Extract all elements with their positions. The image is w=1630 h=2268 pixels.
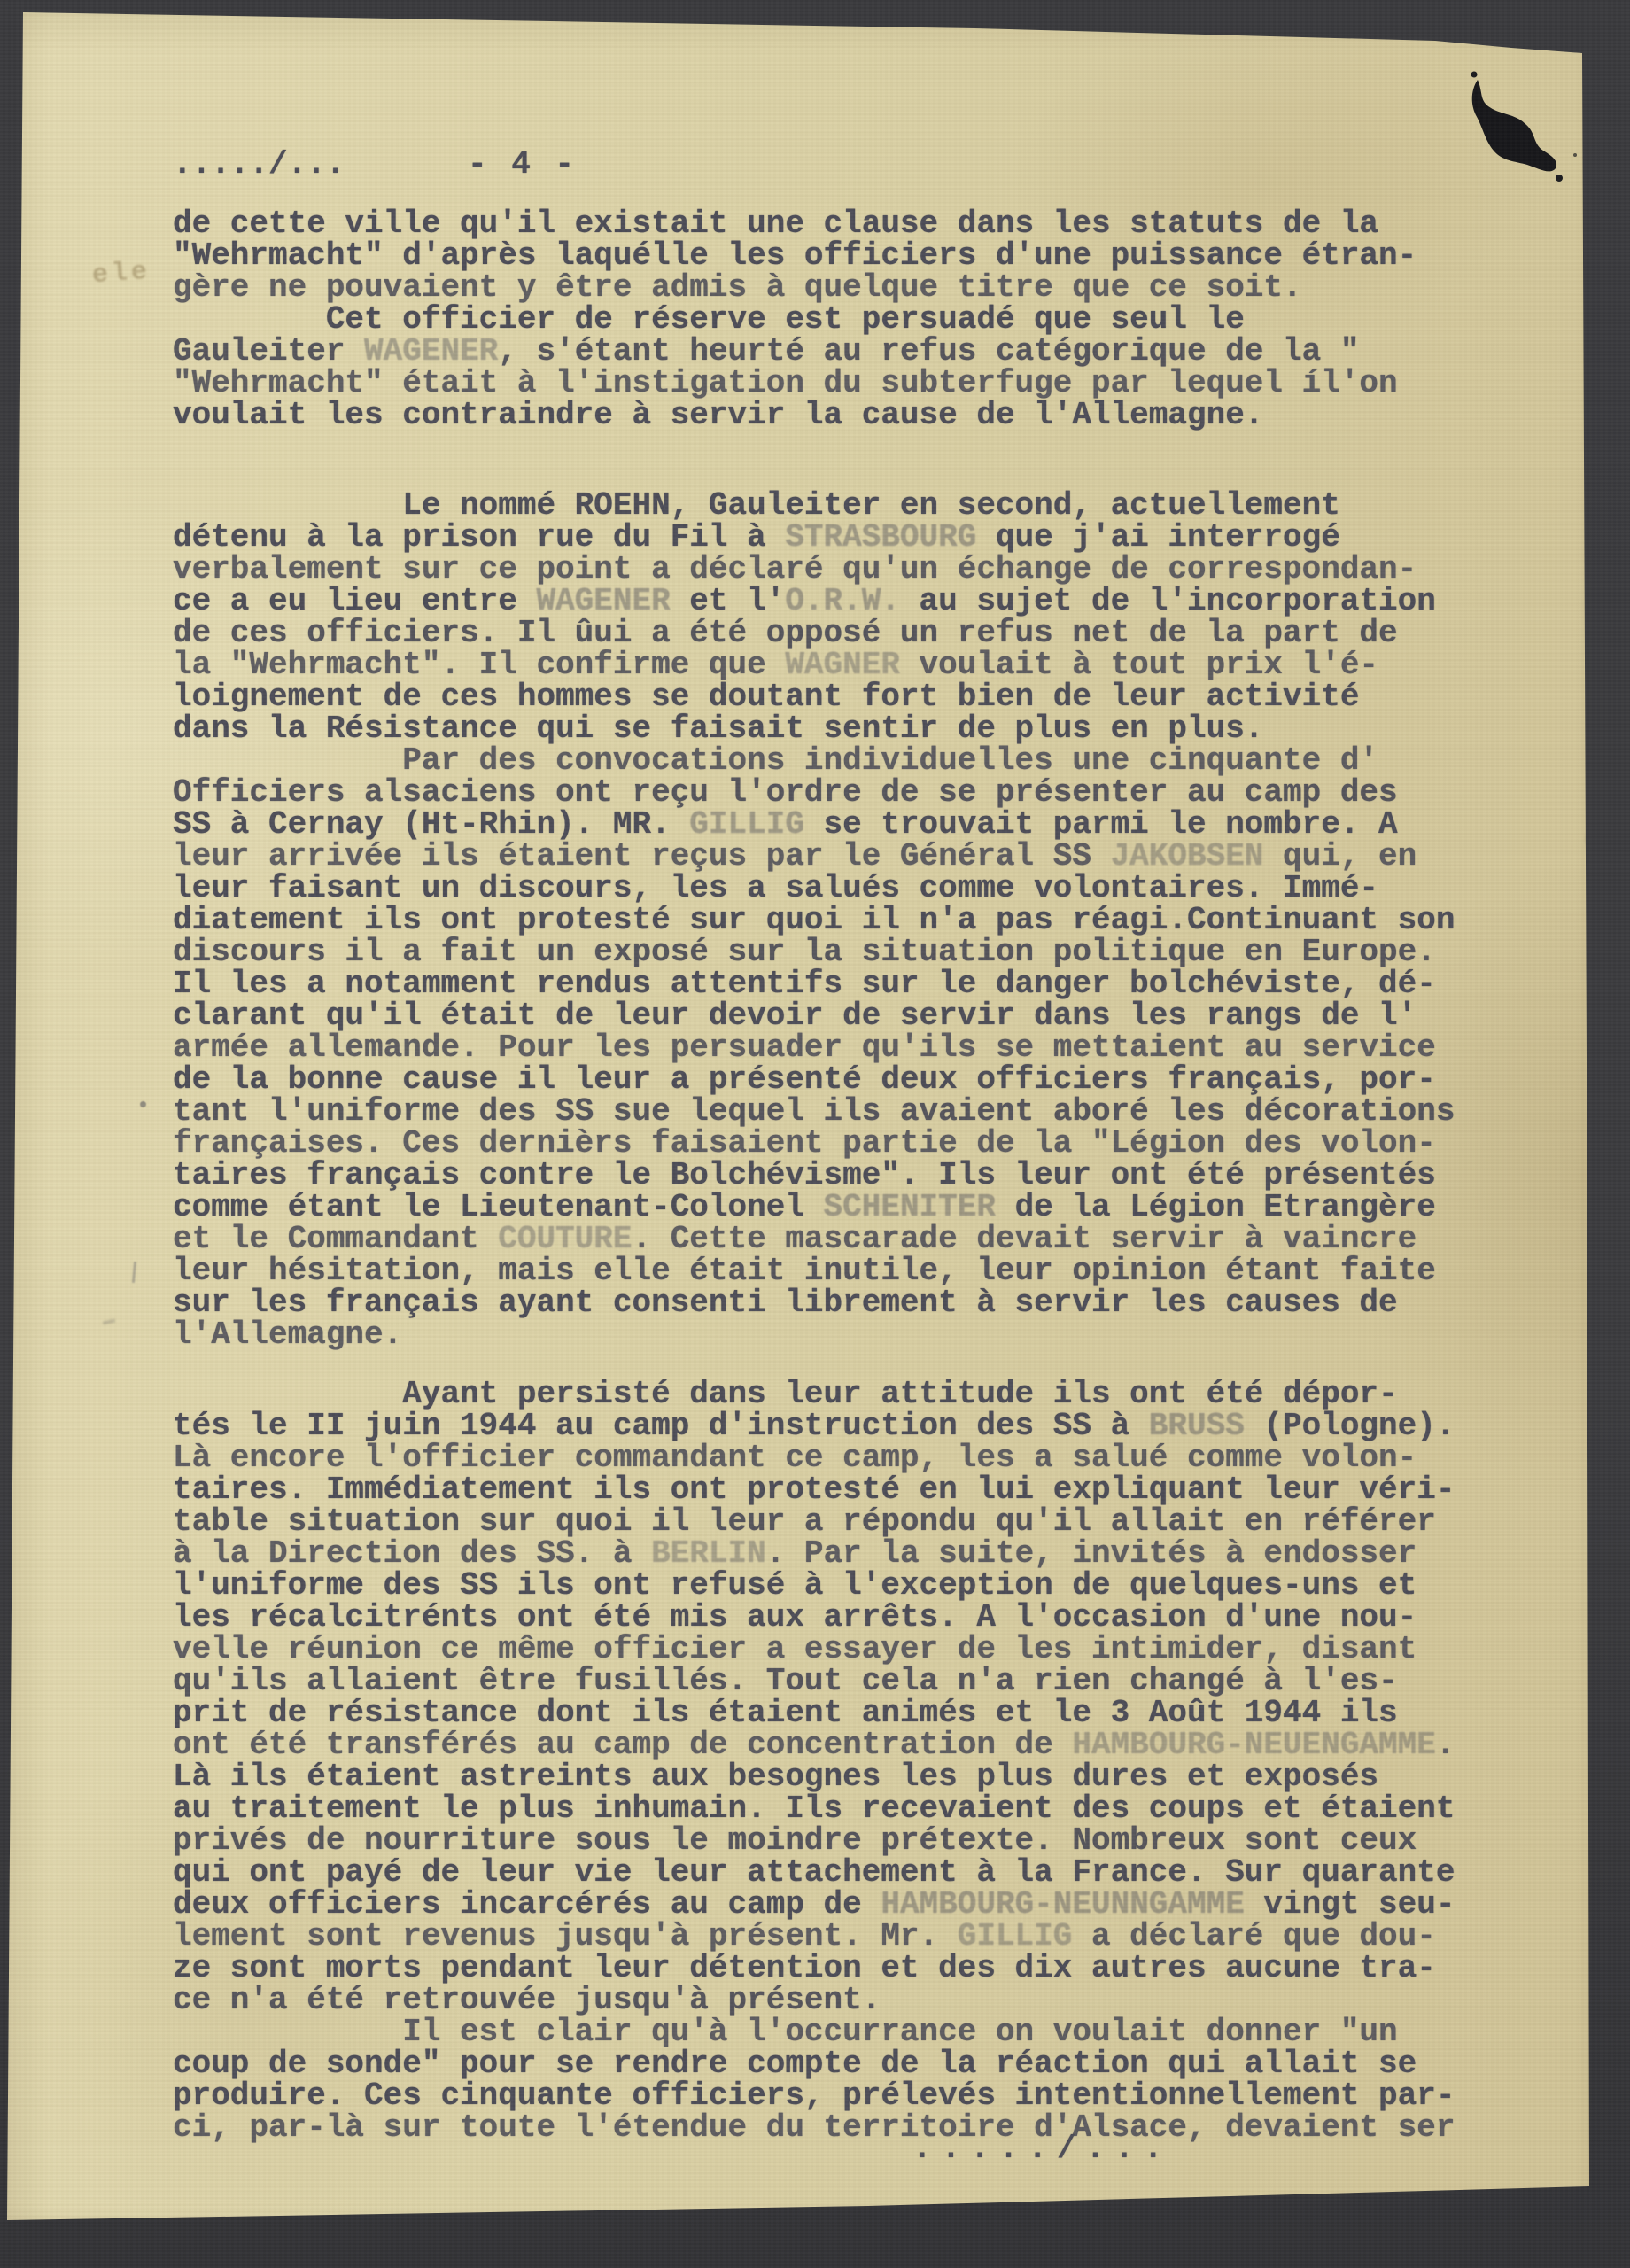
text-line: Le nommé ROEHN, Gauleiter en second, act… [173,490,1455,522]
text-line: taires français contre le Bolchévisme". … [173,1160,1455,1192]
text-line: comme étant le Lieutenant-Colonel SCHENI… [173,1192,1455,1223]
text-line: la "Wehrmacht". Il confirme que WAGNER v… [173,649,1455,681]
ghost-offset-print: ele [91,257,151,291]
text-line: taires. Immédiatement ils ont protesté e… [173,1474,1455,1506]
text-line: velle réunion ce même officier a essayer… [173,1634,1455,1666]
text-line: au traitement le plus inhumain. Ils rece… [173,1793,1455,1825]
text-line: l'uniforme des SS ils ont refusé à l'exc… [173,1570,1455,1602]
text-line: Il les a notamment rendus attentifs sur … [173,968,1455,1000]
text-line: leur faisant un discours, les a salués c… [173,873,1455,905]
text-line: coup de sonde" pour se rendre compte de … [173,2048,1455,2080]
text-line: qui ont payé de leur vie leur attachemen… [173,1857,1455,1889]
scan-background: ...../... - 4 - de cette ville qu'il exi… [0,0,1630,2268]
text-line: de ces officiers. Il ûui a été opposé un… [173,617,1455,649]
text-line: voulait les contraindre à servir la caus… [173,400,1417,431]
text-line: les récalcitrénts ont été mis aux arrêts… [173,1602,1455,1634]
text-line: diatement ils ont protesté sur quoi il n… [173,905,1455,936]
text-line: verbalement sur ce point a déclaré qu'un… [173,554,1455,586]
text-line: ze sont morts pendant leur détention et … [173,1953,1455,1984]
text-line: qu'ils allaient être fusillés. Tout cela… [173,1666,1455,1697]
text-line: de la bonne cause il leur a présenté deu… [173,1064,1455,1096]
text-line: table situation sur quoi il leur a répon… [173,1506,1455,1538]
text-line: dans la Résistance qui se faisait sentir… [173,713,1455,745]
hole-punch [1587,822,1621,856]
stray-ink-smudge [103,1319,116,1325]
text-line: loignement de ces hommes se doutant fort… [173,681,1455,713]
stray-ink-dot [140,1101,146,1107]
text-line: Ayant persisté dans leur attitude ils on… [173,1379,1455,1410]
text-line: sur les français ayant consenti libremen… [173,1287,1455,1319]
text-line: tant l'uniforme des SS sue lequel ils av… [173,1096,1455,1128]
stray-ink-tick [132,1262,136,1283]
paragraph-2: Le nommé ROEHN, Gauleiter en second, act… [173,490,1455,1351]
text-line: produire. Ces cinquante officiers, préle… [173,2080,1455,2112]
text-line: Par des convocations individuelles une c… [173,745,1455,777]
text-line: Officiers alsaciens ont reçu l'ordre de … [173,777,1455,809]
text-line: clarant qu'il était de leur devoir de se… [173,1000,1455,1032]
text-line: détenu à la prison rue du Fil à STRASBOU… [173,522,1455,554]
text-line: Il est clair qu'à l'occurrance on voulai… [173,2016,1455,2048]
text-line: privés de nourriture sous le moindre pré… [173,1825,1455,1857]
text-line: deux officiers incarcérés au camp de HAM… [173,1889,1455,1921]
text-line: Là encore l'officier commandant ce camp,… [173,1442,1455,1474]
text-line: Là ils étaient astreints aux besognes le… [173,1761,1455,1793]
text-line: leur arrivée ils étaient reçus par le Gé… [173,841,1455,873]
text-line: françaises. Ces dernièrs faisaient parti… [173,1128,1455,1160]
continuation-mark-top: ...../... [173,149,345,181]
text-line: "Wehrmacht" d'après laquélle les officie… [173,240,1417,272]
torn-hole-icon [1444,69,1612,193]
text-line: prit de résistance dont ils étaient anim… [173,1697,1455,1729]
text-line: à la Direction des SS. à BERLIN. Par la … [173,1538,1455,1570]
paragraph-3: Ayant persisté dans leur attitude ils on… [173,1379,1455,2144]
text-line: Cet officier de réserve est persuadé que… [173,304,1417,336]
text-line: et le Commandant COUTURE. Cette mascarad… [173,1223,1455,1255]
text-line: gère ne pouvaient y être admis à quelque… [173,272,1417,304]
text-line: lement sont revenus jusqu'à présent. Mr.… [173,1921,1455,1953]
text-line: Gauleiter WAGENER, s'étant heurté au ref… [173,336,1417,368]
text-line: de cette ville qu'il existait une clause… [173,208,1417,240]
text-line: tés le II juin 1944 au camp d'instructio… [173,1410,1455,1442]
paragraph-1: de cette ville qu'il existait une clause… [173,208,1417,431]
text-line: l'Allemagne. [173,1319,1455,1351]
text-line: ci, par-là sur toute l'étendue du territ… [173,2112,1455,2144]
document-page: ...../... - 4 - de cette ville qu'il exi… [0,0,1630,2268]
text-line: armée allemande. Pour les persuader qu'i… [173,1032,1455,1064]
text-line: leur hésitation, mais elle était inutile… [173,1255,1455,1287]
text-line: discours il a fait un exposé sur la situ… [173,936,1455,968]
continuation-mark-bottom: ...../... [912,2133,1172,2165]
text-line: SS à Cernay (Ht-Rhin). MR. GILLIG se tro… [173,809,1455,841]
page-number: - 4 - [468,149,577,181]
text-line: ont été transférés au camp de concentrat… [173,1729,1455,1761]
text-line: "Wehrmacht" était à l'instigation du sub… [173,368,1417,400]
text-line: ce n'a été retrouvée jusqu'à présent. [173,1984,1455,2016]
text-line: ce a eu lieu entre WAGENER et l'O.R.W. a… [173,586,1455,617]
